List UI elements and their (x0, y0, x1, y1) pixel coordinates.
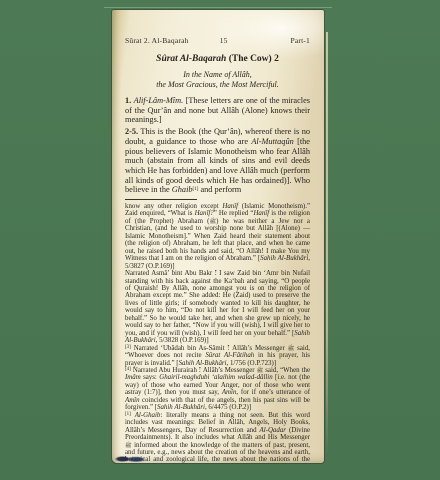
footnote-1-al-ghaib: [1] Al-Ghaib: literally means a thing no… (125, 412, 310, 463)
footnotes-section: know any other religion except Hanîf (Is… (125, 203, 310, 463)
footnote-3: [3] Narrated ‘Ubâdah bin As-Sâmit ؓ: All… (125, 345, 310, 367)
book-photo-background: Sûrat 2. Al-Baqarah 15 Part-1 Sûrat Al-B… (0, 0, 440, 480)
footnote-narration-asma: Narrated Asmâ’ bint Abu Bakr ؓ: I saw Za… (125, 270, 310, 345)
header-part-ref: Part-1 (248, 36, 310, 45)
basmala-line-2: the Most Gracious, the Most Merciful. (125, 80, 310, 90)
footnote-separator-rule (125, 199, 197, 200)
running-header: Sûrat 2. Al-Baqarah 15 Part-1 (125, 36, 310, 45)
verse-paragraph-2: 2-5. This is the Book (the Qur’ân), wher… (125, 127, 310, 195)
ink-smudge (115, 456, 145, 462)
footnote-4: [4] Narrated Abu Hurairah ؓ: Allâh’s Mes… (125, 367, 310, 412)
verse-paragraph-1: 1. Alif-Lâm-Mîm. [These letters are one … (125, 96, 310, 125)
adjacent-page-edge (326, 32, 328, 456)
header-surah-ref: Sûrat 2. Al-Baqarah (125, 36, 199, 45)
surah-title: Sûrat Al-Baqarah (The Cow) 2 (125, 54, 310, 65)
footnote-continuation: know any other religion except Hanîf (Is… (125, 203, 310, 270)
page-number: 15 (199, 36, 248, 45)
book-page: Sûrat 2. Al-Baqarah 15 Part-1 Sûrat Al-B… (112, 10, 324, 463)
page-content: Sûrat 2. Al-Baqarah 15 Part-1 Sûrat Al-B… (112, 10, 324, 463)
basmala-line-1: In the Name of Allâh, (125, 70, 310, 80)
